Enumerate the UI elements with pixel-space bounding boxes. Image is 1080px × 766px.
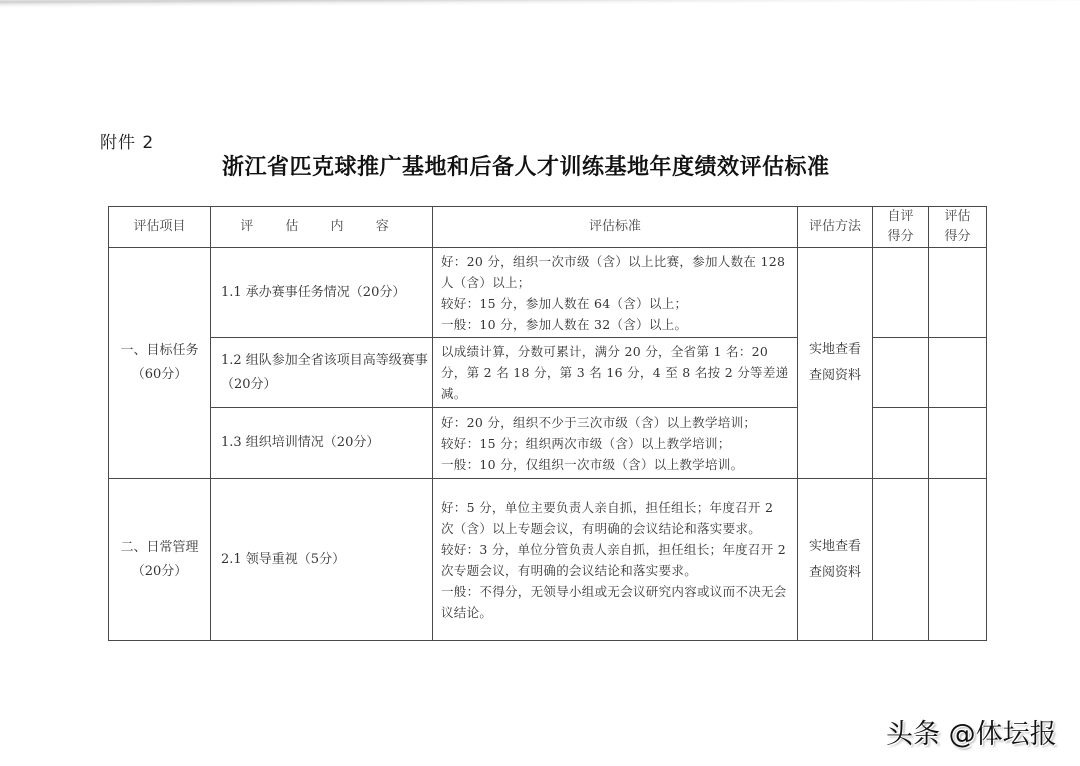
evaluation-standards-table: 评估项目 评 估 内 容 评估标准 评估方法 自评 得分 评估 得分 一、目标任… — [108, 206, 987, 641]
standard-line: 好：5 分，单位主要负责人亲自抓，担任组长；年度召开 2 次（含）以上专题会议，… — [441, 497, 789, 539]
self-score-cell[interactable] — [873, 338, 929, 408]
standard-line: 较好：15 分；组织两次市级（含）以上教学培训； — [441, 433, 789, 454]
standard-line: 一般：不得分，无领导小组或无会议研究内容或议而不决无会议结论。 — [441, 581, 789, 623]
method-cell: 实地查看 查阅资料 — [798, 479, 873, 641]
content-cell: 1.2 组队参加全省该项目高等级赛事（20分） — [211, 338, 433, 408]
header-eval-score-line2: 得分 — [929, 227, 986, 247]
self-score-cell[interactable] — [873, 479, 929, 641]
category-points: （20分） — [109, 560, 210, 584]
header-standard-label: 评估标准 — [589, 219, 641, 234]
self-score-cell[interactable] — [873, 408, 929, 479]
header-method: 评估方法 — [798, 207, 873, 248]
header-eval-score-line1: 评估 — [929, 207, 986, 227]
content-cell: 1.3 组织培训情况（20分） — [211, 408, 433, 479]
eval-score-cell[interactable] — [929, 338, 987, 408]
standard-line: 好：20 分，组织不少于三次市级（含）以上教学培训； — [441, 412, 789, 433]
header-method-label: 评估方法 — [809, 219, 861, 234]
method-line: 实地查看 — [798, 534, 872, 560]
category-label: 二、日常管理 — [109, 536, 210, 560]
method-line: 查阅资料 — [798, 560, 872, 586]
standard-cell: 好：20 分，组织不少于三次市级（含）以上教学培训； 较好：15 分；组织两次市… — [433, 408, 798, 479]
header-category: 评估项目 — [109, 207, 211, 248]
standard-cell: 好：20 分，组织一次市级（含）以上比赛，参加人数在 128 人（含）以上； 较… — [433, 248, 798, 338]
eval-score-cell[interactable] — [929, 248, 987, 338]
eval-score-cell[interactable] — [929, 479, 987, 641]
source-watermark: 头条 @体坛报 — [886, 712, 1057, 751]
standard-line: 一般：10 分，仅组织一次市级（含）以上教学培训。 — [441, 454, 789, 475]
scan-edge-shadow — [0, 0, 1080, 8]
self-score-cell[interactable] — [873, 248, 929, 338]
standard-line: 较好：15 分，参加人数在 64（含）以上； — [441, 293, 789, 314]
standard-line: 较好：3 分，单位分管负责人亲自抓，担任组长；年度召开 2 次专题会议，有明确的… — [441, 539, 789, 581]
method-line: 查阅资料 — [798, 363, 872, 389]
category-points: （60分） — [109, 363, 210, 387]
header-self-score-line2: 得分 — [873, 227, 928, 247]
standard-line: 以成绩计算，分数可累计，满分 20 分，全省第 1 名：20 分，第 2 名 1… — [441, 341, 789, 404]
standard-line: 一般：10 分，参加人数在 32（含）以上。 — [441, 314, 789, 335]
content-cell: 2.1 领导重视（5分） — [211, 479, 433, 641]
document-title: 浙江省匹克球推广基地和后备人才训练基地年度绩效评估标准 — [222, 150, 830, 181]
header-self-score-line1: 自评 — [873, 207, 928, 227]
header-eval-score: 评估 得分 — [929, 207, 987, 248]
content-cell: 1.1 承办赛事任务情况（20分） — [211, 248, 433, 338]
header-content-label: 评 估 内 容 — [240, 219, 402, 234]
method-line: 实地查看 — [798, 337, 872, 363]
attachment-label: 附件 2 — [100, 128, 154, 153]
category-cell-daily-management: 二、日常管理 （20分） — [109, 479, 211, 641]
header-standard: 评估标准 — [433, 207, 798, 248]
category-cell-target-tasks: 一、目标任务 （60分） — [109, 248, 211, 479]
standard-cell: 好：5 分，单位主要负责人亲自抓，担任组长；年度召开 2 次（含）以上专题会议，… — [433, 479, 798, 641]
header-content: 评 估 内 容 — [211, 207, 433, 248]
header-category-label: 评估项目 — [133, 219, 185, 234]
category-label: 一、目标任务 — [109, 339, 210, 363]
eval-score-cell[interactable] — [929, 408, 987, 479]
header-self-score: 自评 得分 — [873, 207, 929, 248]
standard-cell: 以成绩计算，分数可累计，满分 20 分，全省第 1 名：20 分，第 2 名 1… — [433, 338, 798, 408]
standard-line: 好：20 分，组织一次市级（含）以上比赛，参加人数在 128 人（含）以上； — [441, 251, 789, 293]
method-cell: 实地查看 查阅资料 — [798, 248, 873, 479]
table-row: 一、目标任务 （60分） 1.1 承办赛事任务情况（20分） 好：20 分，组织… — [109, 248, 987, 338]
table-row: 二、日常管理 （20分） 2.1 领导重视（5分） 好：5 分，单位主要负责人亲… — [109, 479, 987, 641]
table-header-row: 评估项目 评 估 内 容 评估标准 评估方法 自评 得分 评估 得分 — [109, 207, 987, 248]
